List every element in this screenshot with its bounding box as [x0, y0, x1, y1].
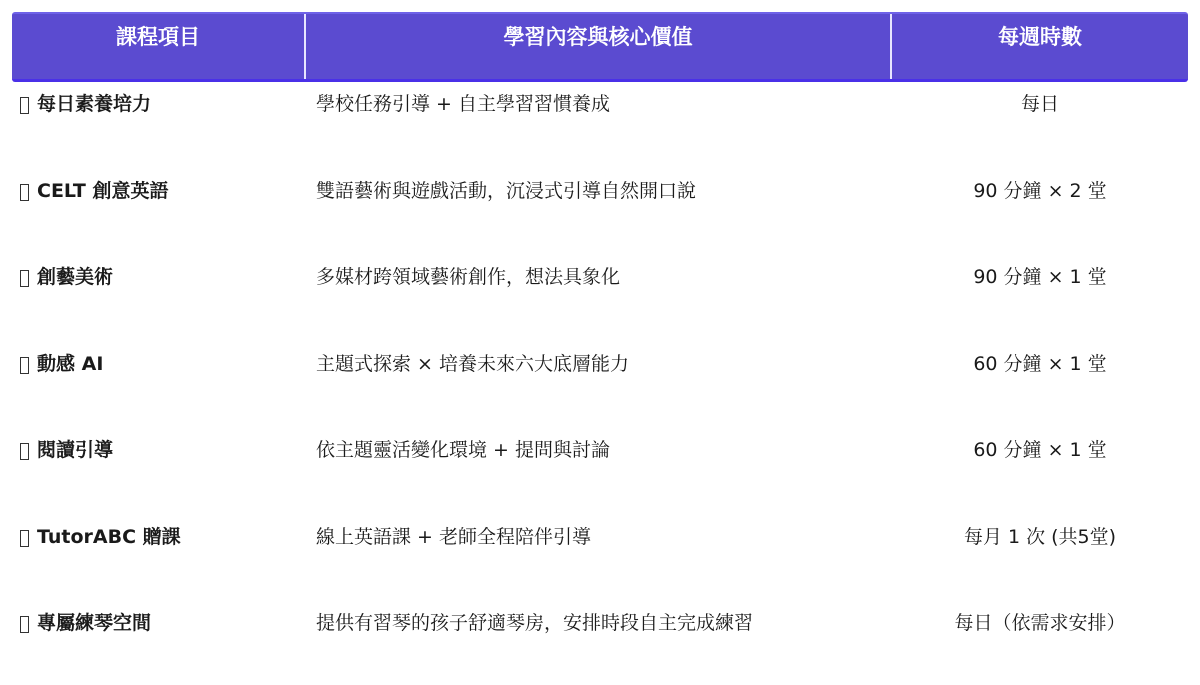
table-body: 每日素養培力 學校任務引導 + 自主學習習慣養成 每日 CELT 創意英語 雙語… [12, 82, 1188, 685]
table-row: 動感 AI 主題式探索 × 培養未來六大底層能力 60 分鐘 × 1 堂 [12, 342, 1188, 429]
course-hours: 每日 [892, 82, 1188, 116]
table-row: CELT 創意英語 雙語藝術與遊戲活動，沉浸式引導自然開口說 90 分鐘 × 2… [12, 169, 1188, 256]
course-content: 多媒材跨領域藝術創作，想法具象化 [306, 255, 892, 289]
header-content-value: 學習內容與核心價值 [306, 14, 892, 79]
course-hours: 每月 1 次 (共5堂) [892, 515, 1188, 549]
course-item: TutorABC 贈課 [37, 525, 181, 549]
course-hours: 90 分鐘 × 1 堂 [892, 255, 1188, 289]
course-content: 主題式探索 × 培養未來六大底層能力 [306, 342, 892, 376]
missing-emoji-icon [20, 616, 29, 633]
header-course-item: 課程項目 [12, 14, 306, 79]
course-hours: 60 分鐘 × 1 堂 [892, 428, 1188, 462]
course-hours: 90 分鐘 × 2 堂 [892, 169, 1188, 203]
course-item: 動感 AI [37, 352, 103, 376]
table-row: TutorABC 贈課 線上英語課 + 老師全程陪伴引導 每月 1 次 (共5堂… [12, 515, 1188, 602]
missing-emoji-icon [20, 270, 29, 287]
table-row: 專屬練琴空間 提供有習琴的孩子舒適琴房，安排時段自主完成練習 每日（依需求安排） [12, 601, 1188, 685]
table-header: 課程項目 學習內容與核心價值 每週時數 [12, 12, 1188, 82]
course-content: 依主題靈活變化環境 + 提問與討論 [306, 428, 892, 462]
course-item: 每日素養培力 [37, 92, 151, 116]
course-item: CELT 創意英語 [37, 179, 168, 203]
course-content: 線上英語課 + 老師全程陪伴引導 [306, 515, 892, 549]
table-row: 創藝美術 多媒材跨領域藝術創作，想法具象化 90 分鐘 × 1 堂 [12, 255, 1188, 342]
missing-emoji-icon [20, 184, 29, 201]
table-row: 每日素養培力 學校任務引導 + 自主學習習慣養成 每日 [12, 82, 1188, 169]
header-weekly-hours: 每週時數 [892, 14, 1188, 79]
course-table: 課程項目 學習內容與核心價值 每週時數 每日素養培力 學校任務引導 + 自主學習… [12, 12, 1188, 685]
course-content: 學校任務引導 + 自主學習習慣養成 [306, 82, 892, 116]
missing-emoji-icon [20, 530, 29, 547]
course-item: 閱讀引導 [37, 438, 113, 462]
course-hours: 每日（依需求安排） [892, 601, 1188, 635]
course-item: 創藝美術 [37, 265, 113, 289]
table-row: 閱讀引導 依主題靈活變化環境 + 提問與討論 60 分鐘 × 1 堂 [12, 428, 1188, 515]
course-item: 專屬練琴空間 [37, 611, 151, 635]
course-content: 提供有習琴的孩子舒適琴房，安排時段自主完成練習 [306, 601, 892, 635]
course-hours: 60 分鐘 × 1 堂 [892, 342, 1188, 376]
missing-emoji-icon [20, 357, 29, 374]
missing-emoji-icon [20, 97, 29, 114]
missing-emoji-icon [20, 443, 29, 460]
course-content: 雙語藝術與遊戲活動，沉浸式引導自然開口說 [306, 169, 892, 203]
